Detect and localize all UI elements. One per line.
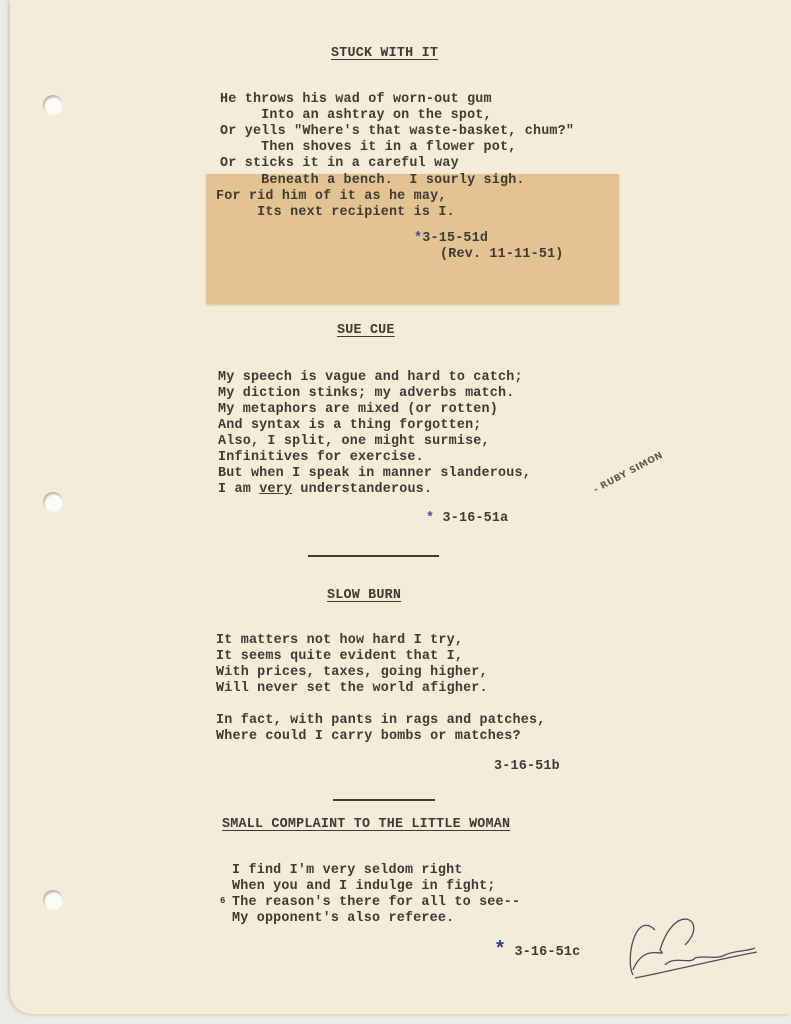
poem-line: It seems quite evident that I, bbox=[216, 649, 463, 665]
poem-line: Where could I carry bombs or matches? bbox=[216, 729, 521, 745]
punch-hole bbox=[43, 492, 63, 512]
punch-hole bbox=[43, 890, 63, 910]
punch-hole bbox=[43, 95, 63, 115]
poem-line: My speech is vague and hard to catch; bbox=[218, 370, 523, 386]
poem-line: Or yells "Where's that waste-basket, chu… bbox=[220, 124, 574, 140]
line-text: I am bbox=[218, 482, 259, 497]
poem-line: Its next recipient is I. bbox=[216, 205, 455, 221]
poem-line: When you and I indulge in fight; bbox=[232, 879, 496, 895]
poem-line: Or sticks it in a careful way bbox=[220, 156, 459, 172]
poem-line: Infinitives for exercise. bbox=[218, 450, 424, 466]
poem-line: Will never set the world afigher. bbox=[216, 681, 488, 697]
revision-date: (Rev. 11-11-51) bbox=[440, 247, 564, 263]
poem-date: 3-16-51a bbox=[443, 511, 509, 526]
poem-line: For rid him of it as he may, bbox=[216, 189, 447, 205]
section-divider bbox=[308, 555, 439, 557]
poem-line: I am very understanderous. bbox=[218, 482, 432, 498]
line-text: understanderous. bbox=[292, 482, 432, 497]
asterisk-mark: * bbox=[426, 511, 434, 526]
poem-line: And syntax is a thing forgotten; bbox=[218, 418, 482, 434]
margin-mark: 6 bbox=[220, 893, 226, 909]
section-divider bbox=[333, 799, 435, 801]
poem-title: SUE CUE bbox=[337, 323, 395, 339]
asterisk-mark: * bbox=[494, 939, 506, 962]
poem-line: It matters not how hard I try, bbox=[216, 633, 463, 649]
underlined-word: very bbox=[259, 482, 292, 497]
poem-line: Beneath a bench. I sourly sigh. bbox=[220, 173, 525, 189]
poem-line: My diction stinks; my adverbs match. bbox=[218, 386, 515, 402]
poem-title: SMALL COMPLAINT TO THE LITTLE WOMAN bbox=[222, 817, 510, 833]
poem-date: 3-15-51d bbox=[422, 231, 488, 246]
poem-line: My opponent's also referee. bbox=[232, 911, 454, 927]
poem-line: I find I'm very seldom right bbox=[232, 863, 463, 879]
poem-line: The reason's there for all to see-- bbox=[232, 895, 520, 911]
poem-line: In fact, with pants in rags and patches, bbox=[216, 713, 545, 729]
asterisk-mark: * bbox=[414, 231, 422, 246]
poem-line: Then shoves it in a flower pot, bbox=[220, 140, 517, 156]
poem-date: 3-16-51b bbox=[494, 759, 560, 775]
poem-title: STUCK WITH IT bbox=[331, 46, 438, 62]
poem-title: SLOW BURN bbox=[327, 588, 401, 604]
poem-line: But when I speak in manner slanderous, bbox=[218, 466, 531, 482]
signature bbox=[615, 900, 765, 985]
poem-line: With prices, taxes, going higher, bbox=[216, 665, 488, 681]
poem-line: Into an ashtray on the spot, bbox=[220, 108, 492, 124]
poem-line: My metaphors are mixed (or rotten) bbox=[218, 402, 498, 418]
poem-line: He throws his wad of worn-out gum bbox=[220, 92, 492, 108]
poem-line: Also, I split, one might surmise, bbox=[218, 434, 490, 450]
poem-date: 3-16-51c bbox=[514, 945, 580, 960]
